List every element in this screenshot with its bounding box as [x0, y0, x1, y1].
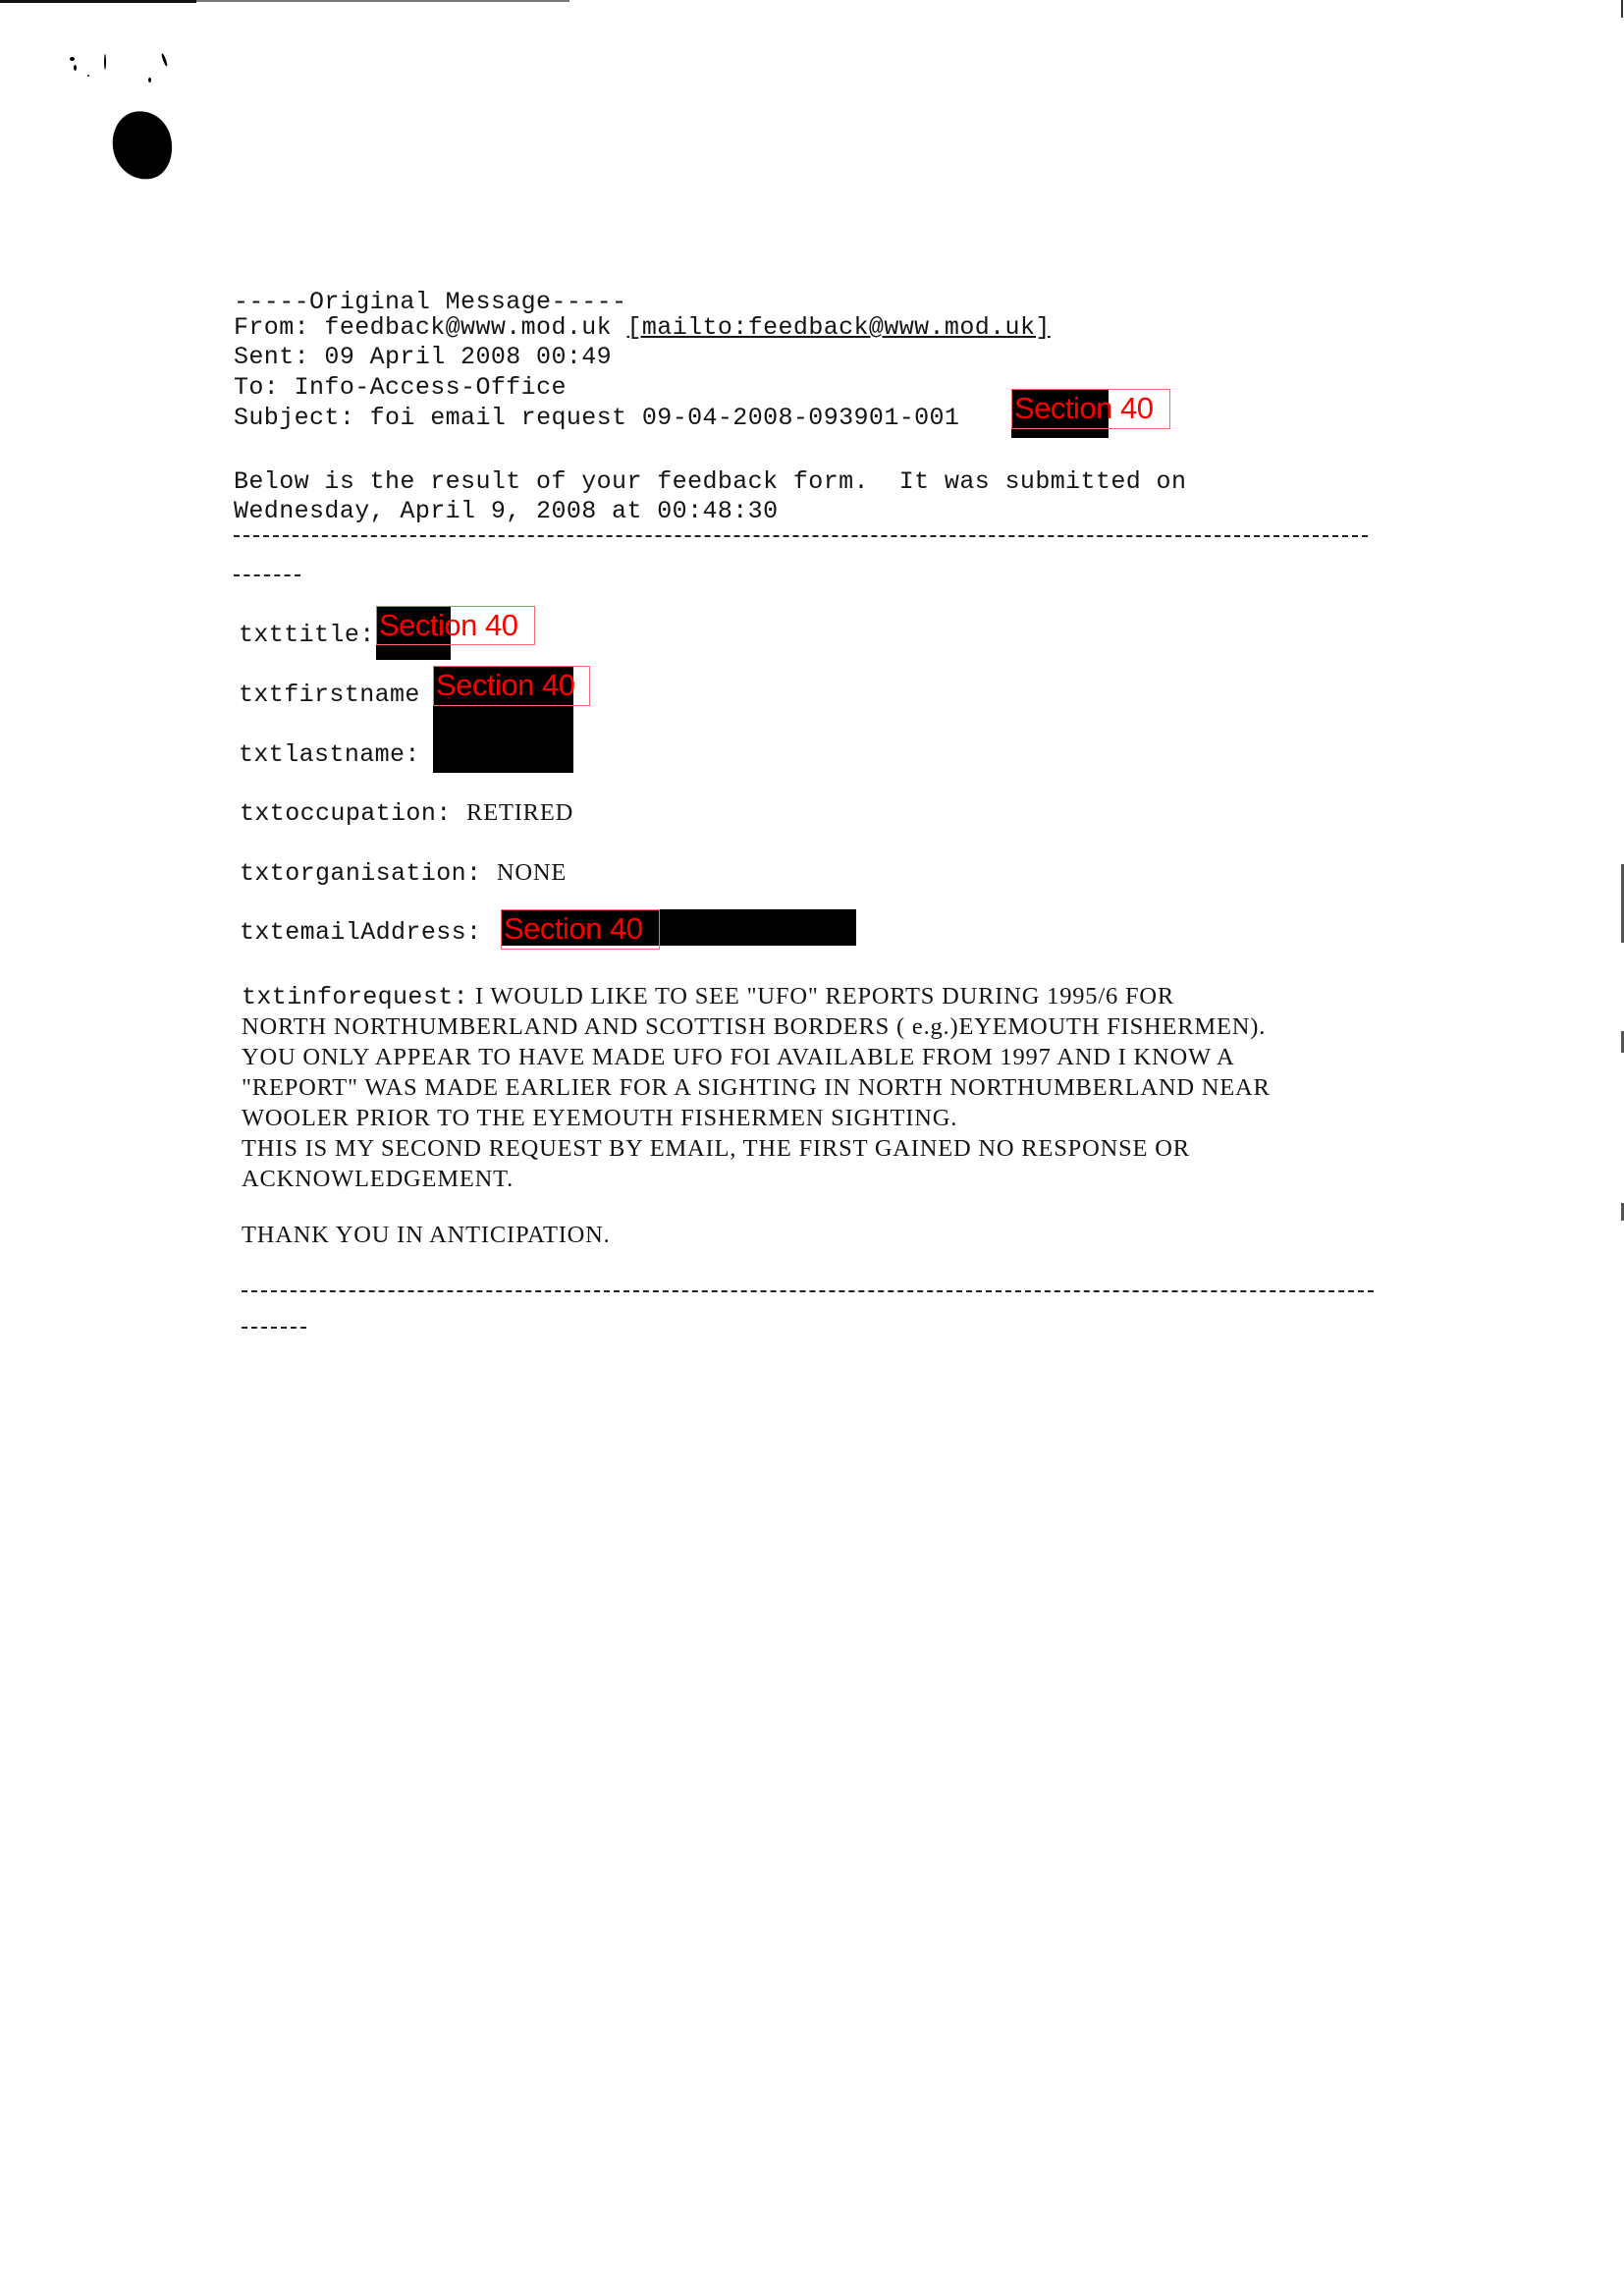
sent-line: Sent: 09 April 2008 00:49 — [234, 343, 612, 372]
from-label: From: — [234, 313, 309, 342]
dashed-divider — [234, 535, 1368, 537]
inforequest-line-3: YOU ONLY APPEAR TO HAVE MADE UFO FOI AVA… — [242, 1043, 1235, 1072]
sent-date: 09 April 2008 00:49 — [324, 343, 612, 371]
occupation-value: RETIRED — [466, 799, 573, 826]
inforequest-line-1: txtinforequest: I WOULD LIKE TO SEE "UFO… — [242, 982, 1174, 1012]
from-line: From: feedback@www.mod.uk [mailto:feedba… — [234, 313, 1051, 343]
inforequest-line-4: "REPORT" WAS MADE EARLIER FOR A SIGHTING… — [242, 1073, 1271, 1103]
to-line: To: Info-Access-Office — [234, 373, 567, 403]
intro-line-2: Wednesday, April 9, 2008 at 00:48:30 — [234, 497, 779, 526]
from-address: feedback@www.mod.uk — [324, 313, 612, 342]
email-address-label: txtemailAddress: — [240, 918, 481, 948]
occupation-line: txtoccupation: RETIRED — [240, 798, 573, 829]
scan-edge-mark — [1621, 0, 1623, 18]
intro-line-1: Below is the result of your feedback for… — [234, 467, 1186, 497]
scan-speck — [161, 53, 169, 67]
to-recipient: Info-Access-Office — [295, 373, 567, 402]
dashed-divider-tail — [234, 574, 300, 576]
organisation-label: txtorganisation: — [240, 859, 481, 888]
inforequest-line-6: THIS IS MY SECOND REQUEST BY EMAIL, THE … — [242, 1134, 1190, 1164]
scan-speck — [148, 78, 151, 82]
scan-speck — [70, 57, 75, 61]
to-label: To: — [234, 373, 279, 402]
inforequest-line-7: ACKNOWLEDGEMENT. — [242, 1165, 514, 1194]
closing-line: THANK YOU IN ANTICIPATION. — [242, 1221, 611, 1250]
inforequest-line-5: WOOLER PRIOR TO THE EYEMOUTH FISHERMEN S… — [242, 1104, 957, 1133]
inforequest-line-2: NORTH NORTHUMBERLAND AND SCOTTISH BORDER… — [242, 1012, 1266, 1042]
title-label: txttitle: — [239, 621, 375, 650]
lastname-label: txtlastname: — [239, 740, 420, 770]
subject-value: foi email request 09-04-2008-093901-001 — [370, 404, 960, 432]
scan-speck — [104, 54, 106, 70]
hole-punch-mark — [106, 106, 178, 186]
scan-edge-mark — [196, 0, 569, 2]
inforequest-label: txtinforequest: — [242, 983, 468, 1011]
redaction-label-title: Section 40 — [376, 606, 535, 645]
redaction-label-email: Section 40 — [501, 909, 660, 950]
redaction-label-subject: Section 40 — [1011, 389, 1170, 429]
occupation-label: txtoccupation: — [240, 799, 452, 828]
mailto-link[interactable]: [mailto:feedback@www.mod.uk] — [626, 313, 1050, 342]
sent-label: Sent: — [234, 343, 309, 371]
subject-label: Subject: — [234, 404, 354, 432]
scan-speck — [74, 65, 77, 71]
organisation-value: NONE — [497, 859, 567, 886]
scan-speck — [87, 75, 89, 77]
scan-edge-mark — [0, 0, 196, 3]
organisation-line: txtorganisation: NONE — [240, 858, 567, 889]
subject-line: Subject: foi email request 09-04-2008-09… — [234, 404, 959, 433]
redaction-label-firstname: Section 40 — [433, 666, 590, 706]
firstname-label: txtfirstname — [239, 681, 420, 710]
dashed-divider-bottom-tail — [242, 1327, 306, 1329]
dashed-divider-bottom — [242, 1290, 1374, 1292]
